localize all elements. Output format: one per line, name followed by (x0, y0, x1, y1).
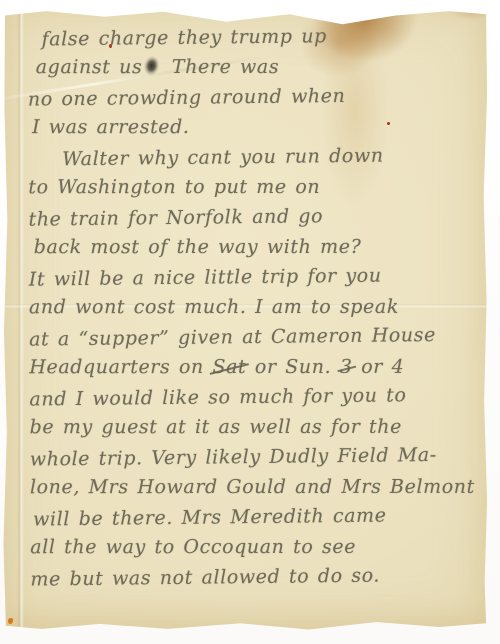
letter-text-segment: whole trip. Very likely Dudly Field Ma- (30, 444, 437, 471)
letter-paper: false charge they trump upagainst us The… (3, 8, 488, 632)
letter-text-segment: There was (163, 56, 279, 78)
orange-speck (8, 618, 13, 624)
letter-scan: false charge they trump upagainst us The… (0, 0, 500, 644)
letter-text-segment: back most of the way with me? (34, 236, 362, 258)
letter-line: back most of the way with me? (34, 232, 481, 262)
letter-line: I was arrested. (32, 112, 480, 142)
letter-text-segment: and wont cost much. I am to speak (29, 296, 399, 318)
letter-text-segment: lone, Mrs Howard Gould and Mrs Belmont (30, 476, 475, 498)
letter-text-segment: at a “supper” given at Cameron House (29, 324, 436, 351)
struck-word: 3 (340, 352, 353, 382)
letter-text-segment: Headquarters on (29, 356, 212, 378)
pencil-blot (141, 55, 162, 80)
letter-line: and wont cost much. I am to speak (29, 292, 481, 322)
letter-line: be my guest at it as well as for the (30, 412, 482, 442)
letter-line: whole trip. Very likely Dudly Field Ma- (30, 439, 482, 474)
letter-line: lone, Mrs Howard Gould and Mrs Belmont (30, 472, 482, 502)
letter-text-segment: against us (36, 56, 143, 78)
paper-crease-vertical (17, 8, 24, 632)
letter-line: and I would like so much for you to (29, 379, 481, 414)
letter-line: the train for Norfolk and go (28, 199, 480, 234)
letter-line: at a “supper” given at Cameron House (29, 319, 481, 354)
letter-text-segment: or 4 (353, 356, 405, 378)
letter-line: will be there. Mrs Meredith came (33, 499, 482, 534)
letter-line: Headquarters on Sat or Sun. 3 or 4 (29, 352, 481, 382)
letter-line: against us There was (36, 52, 480, 82)
letter-text-segment: Walter why cant you run down (62, 145, 384, 171)
letter-text-segment: be my guest at it as well as for the (30, 416, 402, 438)
letter-line: Walter why cant you run down (62, 140, 480, 175)
letter-line: all the way to Occoquan to see (30, 532, 482, 562)
letter-text-segment: me but was not allowed to do so. (30, 565, 380, 591)
letter-line: false charge they trump up (41, 19, 479, 54)
struck-word: Sat (212, 352, 246, 382)
letter-text-segment: false charge they trump up (41, 25, 327, 50)
letter-line: me but was not allowed to do so. (30, 559, 482, 594)
letter-text-segment: It will be a nice little trip for you (29, 265, 382, 291)
letter-line: to Washington to put me on (28, 172, 480, 202)
letter-text-segment: and I would like so much for you to (29, 384, 406, 410)
letter-text-segment: the train for Norfolk and go (28, 205, 323, 230)
letter-text-segment: all the way to Occoquan to see (30, 536, 356, 558)
letter-text-segment: or Sun. (246, 356, 340, 378)
letter-text-segment: will be there. Mrs Meredith came (33, 505, 387, 531)
handwritten-text-block: false charge they trump upagainst us The… (28, 21, 483, 593)
letter-text-segment: to Washington to put me on (28, 176, 320, 198)
letter-line: It will be a nice little trip for you (29, 259, 481, 294)
letter-line: no one crowding around when (28, 79, 480, 114)
letter-text-segment: I was arrested. (32, 116, 190, 138)
letter-text-segment: no one crowding around when (28, 85, 346, 111)
